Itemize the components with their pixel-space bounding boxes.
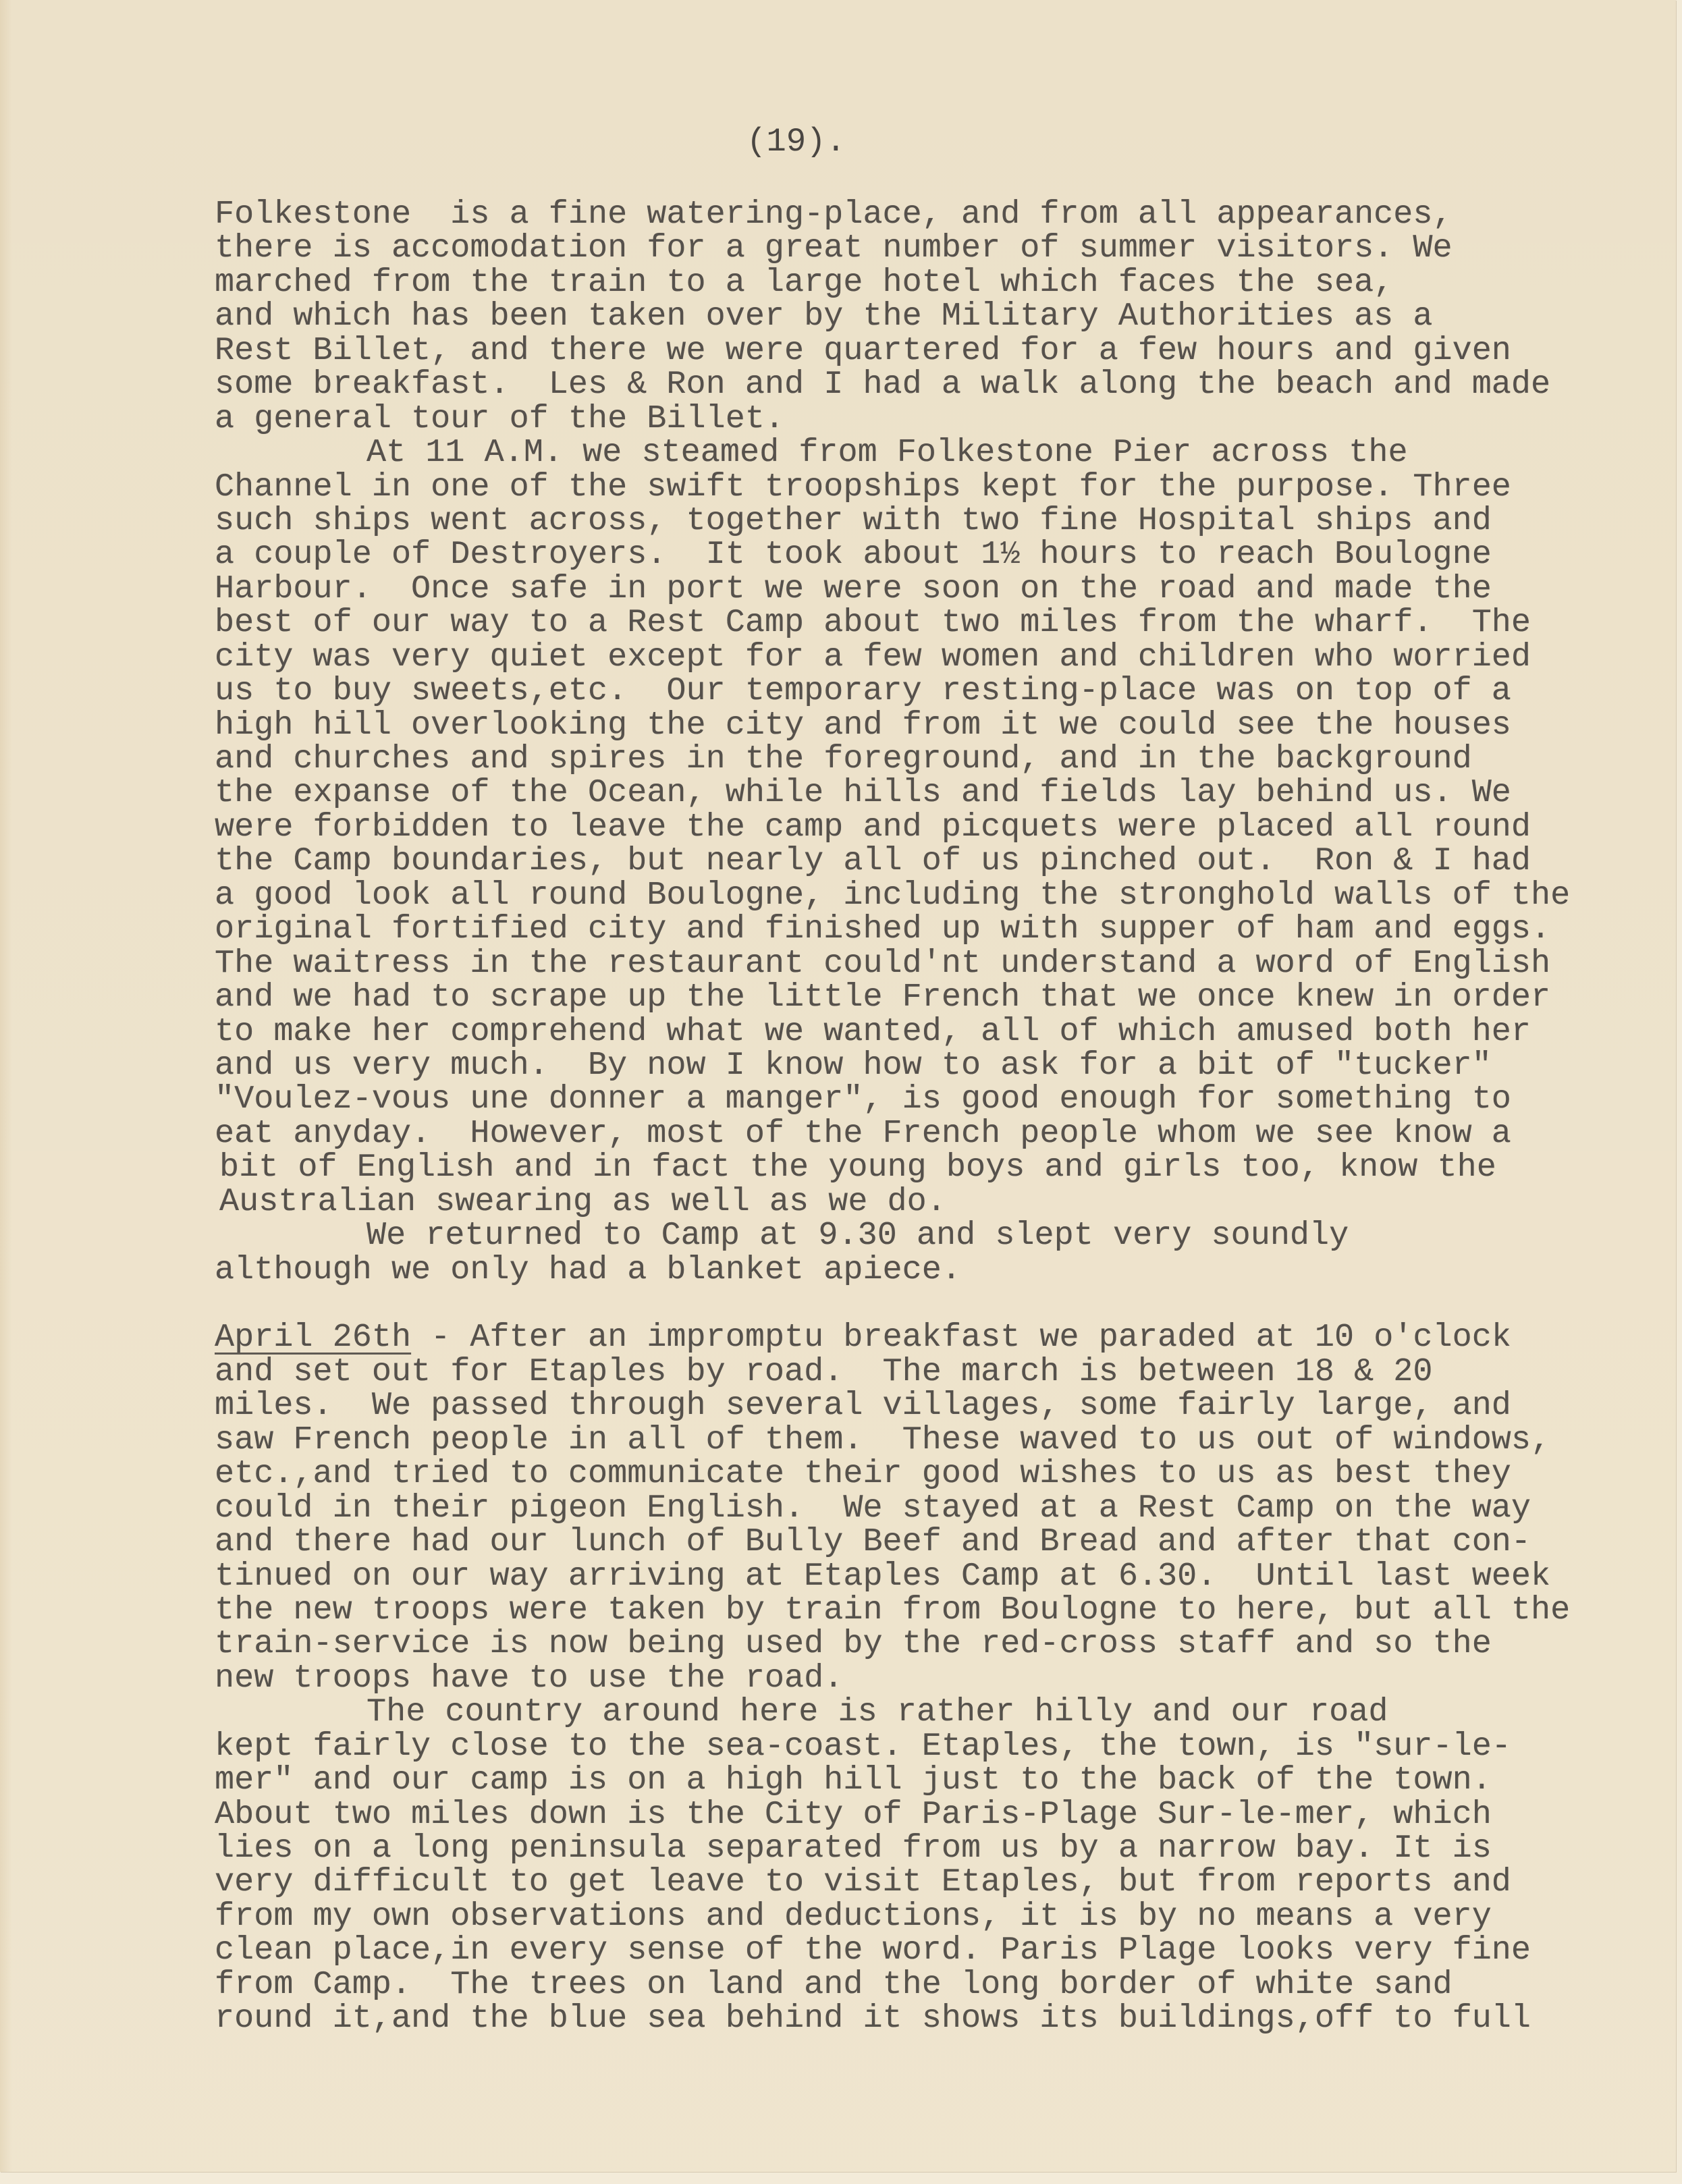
text-line: and churches and spires in the foregroun…	[215, 742, 1666, 776]
text-line: saw French people in all of them. These …	[215, 1423, 1666, 1457]
text-line: from my own observations and deductions,…	[215, 1900, 1666, 1934]
text-line: At 11 A.M. we steamed from Folkestone Pi…	[215, 436, 1666, 470]
text-line: city was very quiet except for a few wom…	[215, 640, 1666, 674]
text-line: high hill overlooking the city and from …	[215, 709, 1666, 742]
text-line: Australian swearing as well as we do.	[215, 1185, 1666, 1219]
page-number: (19).	[747, 121, 846, 162]
text-line: and us very much. By now I know how to a…	[215, 1049, 1666, 1083]
text-line: Harbour. Once safe in port we were soon …	[215, 572, 1666, 606]
text-line: eat anyday. However, most of the French …	[215, 1117, 1666, 1151]
text-line: were forbidden to leave the camp and pic…	[215, 811, 1666, 844]
text-line: and there had our lunch of Bully Beef an…	[215, 1525, 1666, 1559]
text-line: We returned to Camp at 9.30 and slept ve…	[215, 1219, 1666, 1253]
text-line: a good look all round Boulogne, includin…	[215, 879, 1666, 912]
text-line: lies on a long peninsula separated from …	[215, 1832, 1666, 1865]
text-line: kept fairly close to the sea-coast. Etap…	[215, 1730, 1666, 1764]
typewritten-page: (19). Folkestone is a fine watering-plac…	[0, 0, 1676, 2172]
entry-date-heading: April 26th	[215, 1319, 411, 1356]
text-line: bit of English and in fact the young boy…	[215, 1151, 1666, 1184]
text-line: and set out for Etaples by road. The mar…	[215, 1355, 1666, 1389]
text-line: train-service is now being used by the r…	[215, 1627, 1666, 1661]
dated-entry-first-line: April 26th - After an impromptu breakfas…	[215, 1321, 1666, 1355]
text-line: The waitress in the restaurant could'nt …	[215, 947, 1666, 981]
text-line: miles. We passed through several village…	[215, 1389, 1666, 1423]
text-line: original fortified city and finished up …	[215, 912, 1666, 946]
text-line: best of our way to a Rest Camp about two…	[215, 606, 1666, 640]
text-line: Folkestone is a fine watering-place, and…	[215, 198, 1666, 231]
text-line: mer" and our camp is on a high hill just…	[215, 1764, 1666, 1797]
text-line: there is accomodation for a great number…	[215, 231, 1666, 265]
text-line-continuation: - After an impromptu breakfast we parade…	[411, 1319, 1511, 1356]
text-line: some breakfast. Les & Ron and I had a wa…	[215, 368, 1666, 402]
text-line: very difficult to get leave to visit Eta…	[215, 1865, 1666, 1899]
blank-line	[215, 1287, 1666, 1321]
text-line: The country around here is rather hilly …	[215, 1695, 1666, 1729]
body-text: Folkestone is a fine watering-place, and…	[215, 198, 1666, 2036]
text-line: and we had to scrape up the little Frenc…	[215, 981, 1666, 1014]
text-line: although we only had a blanket apiece.	[215, 1253, 1666, 1287]
text-line: clean place,in every sense of the word. …	[215, 1934, 1666, 1967]
text-line: Channel in one of the swift troopships k…	[215, 470, 1666, 504]
text-line: tinued on our way arriving at Etaples Ca…	[215, 1560, 1666, 1593]
text-line: new troops have to use the road.	[215, 1662, 1666, 1695]
text-line: the Camp boundaries, but nearly all of u…	[215, 844, 1666, 878]
text-line: a general tour of the Billet.	[215, 402, 1666, 436]
text-line: from Camp. The trees on land and the lon…	[215, 1968, 1666, 2002]
text-line: marched from the train to a large hotel …	[215, 266, 1666, 300]
text-line: us to buy sweets,etc. Our temporary rest…	[215, 674, 1666, 708]
text-line: round it,and the blue sea behind it show…	[215, 2002, 1666, 2036]
text-line: to make her comprehend what we wanted, a…	[215, 1015, 1666, 1049]
text-line: such ships went across, together with tw…	[215, 504, 1666, 538]
text-line: etc.,and tried to communicate their good…	[215, 1457, 1666, 1491]
text-line: About two miles down is the City of Pari…	[215, 1798, 1666, 1832]
text-line: could in their pigeon English. We stayed…	[215, 1492, 1666, 1525]
text-line: a couple of Destroyers. It took about 1½…	[215, 538, 1666, 572]
text-line: the expanse of the Ocean, while hills an…	[215, 776, 1666, 810]
text-line: Rest Billet, and there we were quartered…	[215, 334, 1666, 368]
text-line: and which has been taken over by the Mil…	[215, 300, 1666, 333]
text-line: "Voulez-vous une donner a manger", is go…	[215, 1083, 1666, 1116]
text-line: the new troops were taken by train from …	[215, 1593, 1666, 1627]
